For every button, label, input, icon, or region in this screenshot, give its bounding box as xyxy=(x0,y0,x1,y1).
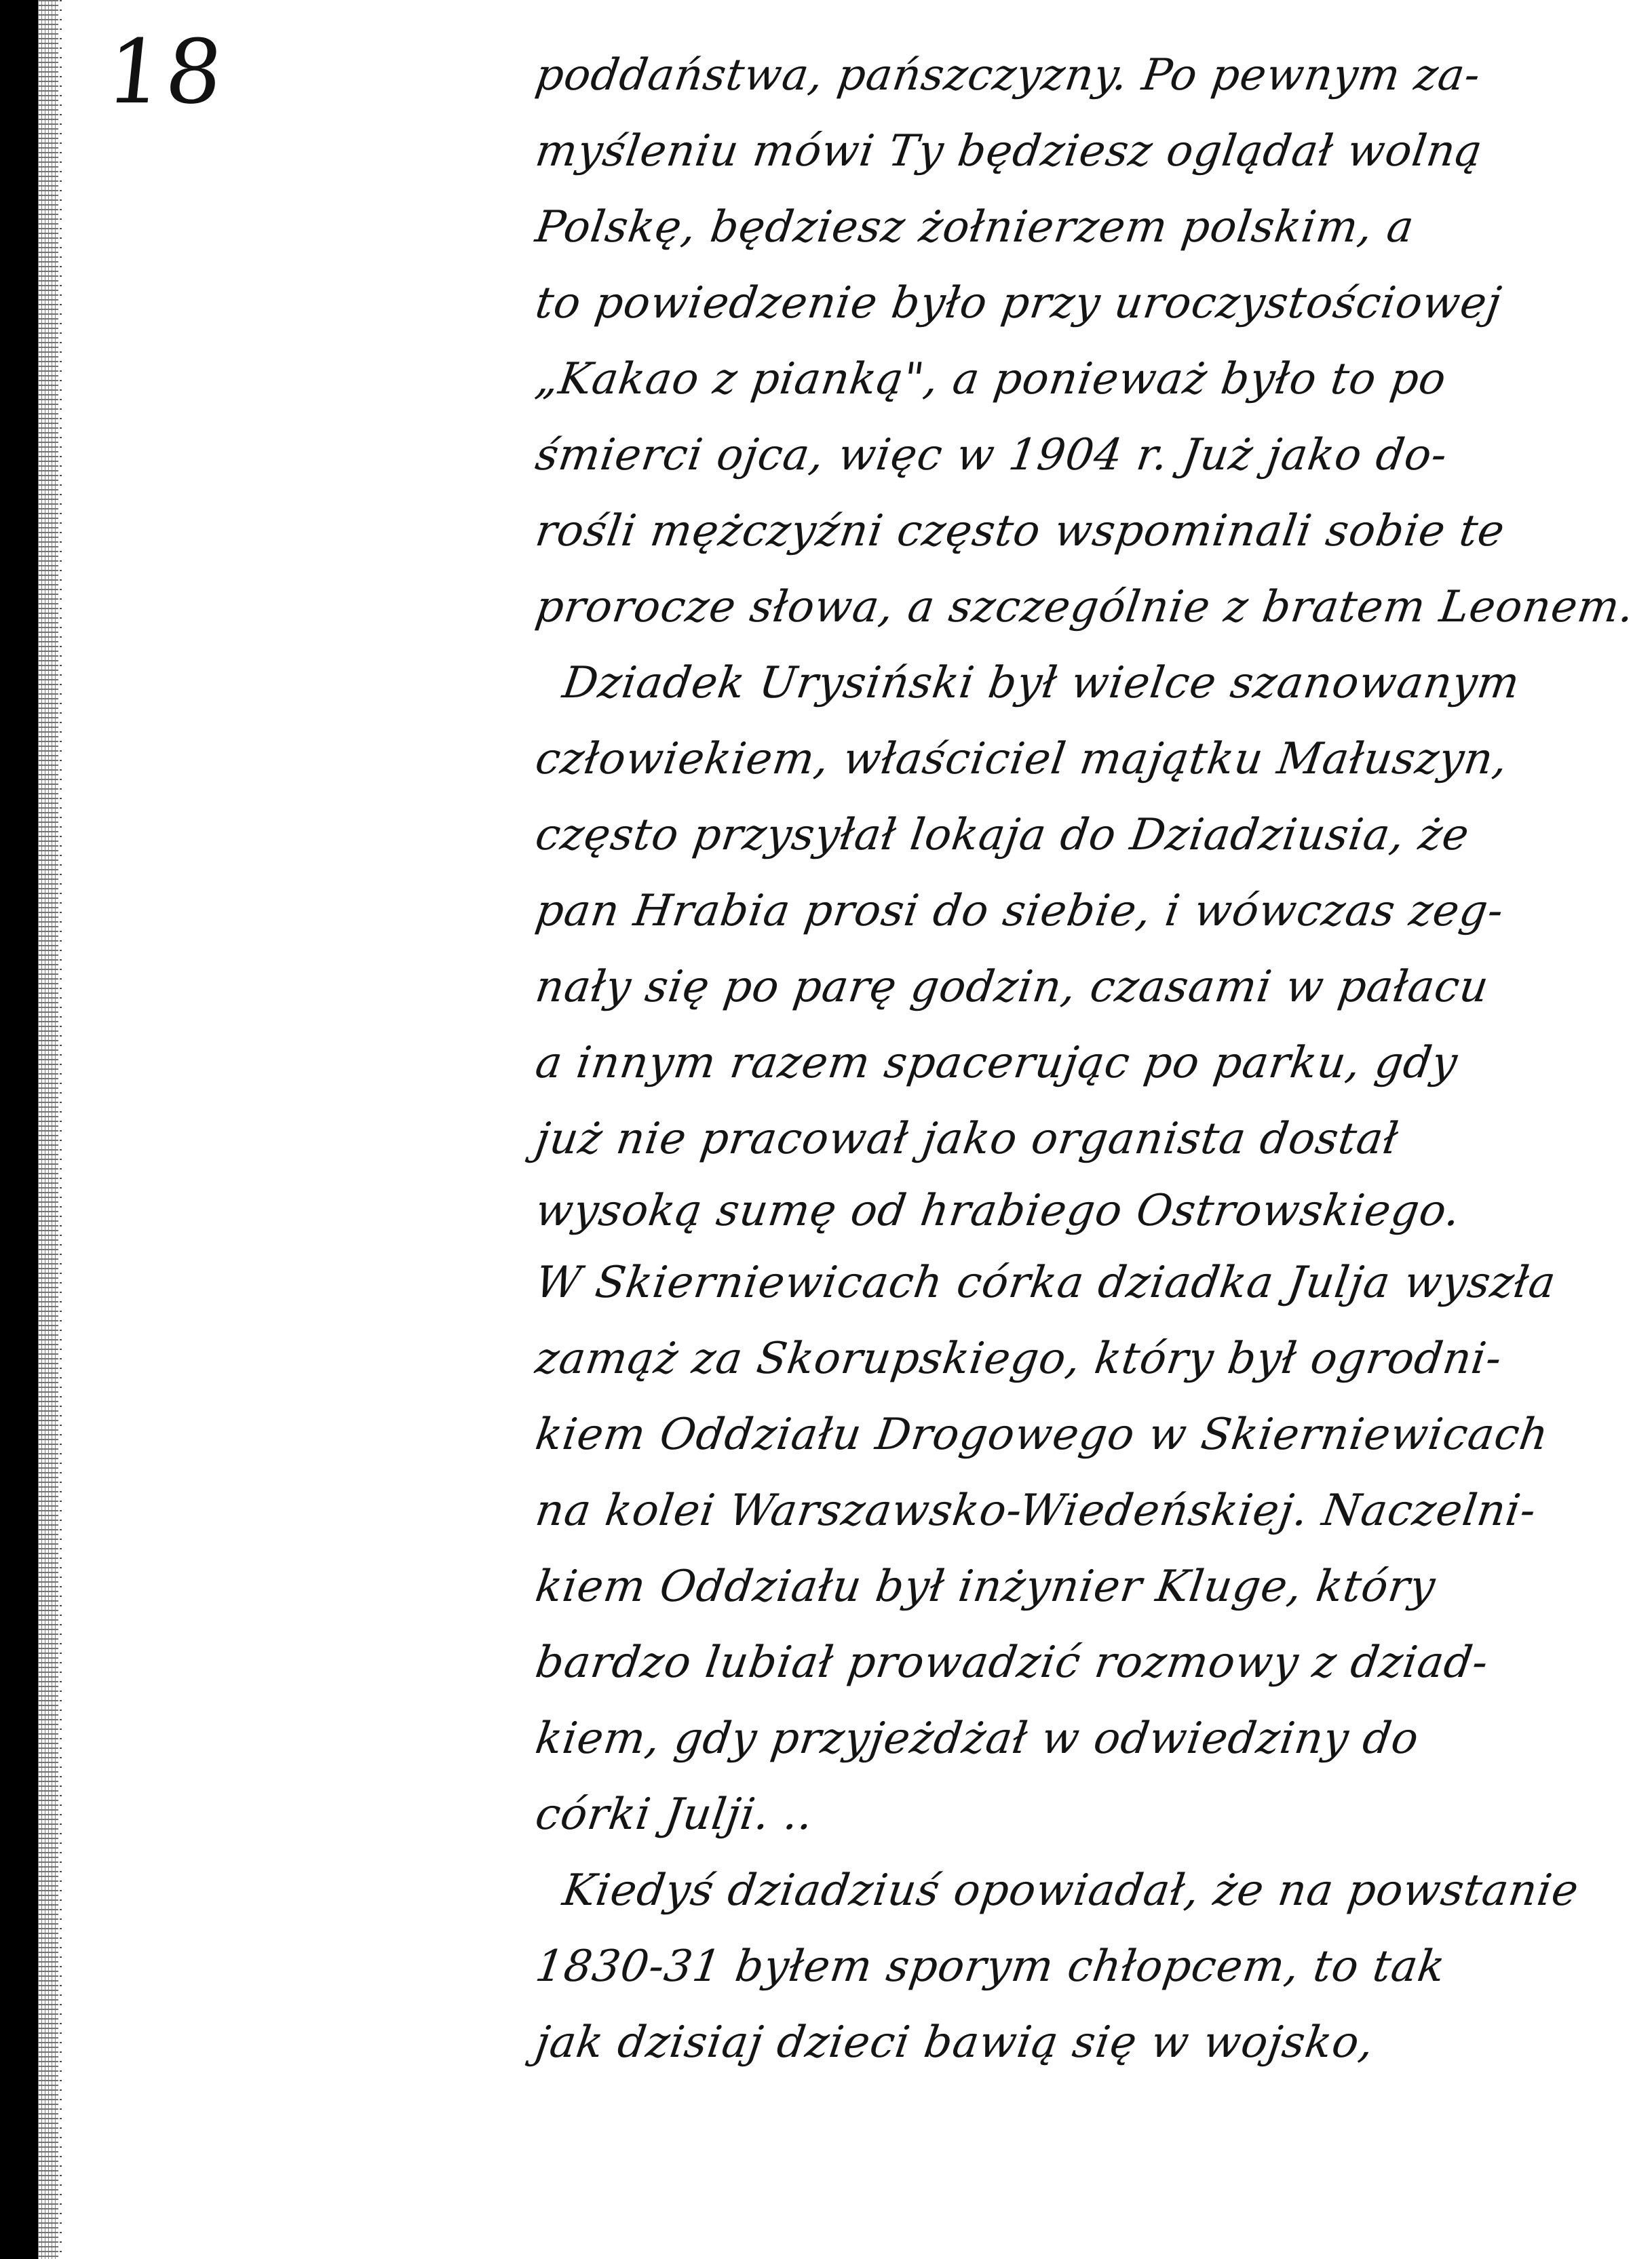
manuscript-line: pan Hrabia prosi do siebie, i wówczas ze… xyxy=(531,873,1640,949)
manuscript-line: myśleniu mówi Ty będziesz oglądał wolną xyxy=(531,113,1640,189)
manuscript-line: córki Julji. .. xyxy=(531,1777,1640,1853)
manuscript-body: poddaństwa, pańszczyzny. Po pewnym za- m… xyxy=(536,37,1635,2081)
manuscript-line: nały się po parę godzin, czasami w pałac… xyxy=(531,949,1640,1025)
manuscript-line: prorocze słowa, a szczególnie z bratem L… xyxy=(531,569,1640,645)
manuscript-line: już nie pracował jako organista dostał xyxy=(531,1101,1640,1177)
manuscript-line: kiem Oddziału był inżynier Kluge, który xyxy=(531,1549,1640,1625)
manuscript-line: „Kakao z pianką", a ponieważ było to po xyxy=(531,341,1640,417)
manuscript-line: człowiekiem, właściciel majątku Małuszyn… xyxy=(531,721,1640,797)
manuscript-line: Polskę, będziesz żołnierzem polskim, a xyxy=(531,189,1640,265)
manuscript-line: zamąż za Skorupskiego, który był ogrodni… xyxy=(531,1321,1640,1397)
manuscript-line: często przysyłał lokaja do Dziadziusia, … xyxy=(531,797,1640,873)
scan-binding-noise xyxy=(38,0,58,2259)
manuscript-line: Kiedyś dziadziuś opowiadał, że na powsta… xyxy=(531,1853,1640,1929)
scan-binding-edge xyxy=(0,0,38,2259)
manuscript-line: wysoką sumę od hrabiego Ostrowskiego. xyxy=(531,1177,1640,1245)
manuscript-line: jak dzisiaj dzieci bawią się w wojsko, xyxy=(531,2005,1640,2081)
manuscript-line: to powiedzenie było przy uroczystościowe… xyxy=(531,265,1640,341)
manuscript-line: kiem Oddziału Drogowego w Skierniewicach xyxy=(531,1397,1640,1473)
manuscript-line: rośli mężczyźni często wspominali sobie … xyxy=(531,493,1640,569)
manuscript-line: Dziadek Urysiński był wielce szanowanym xyxy=(531,645,1640,721)
manuscript-line: na kolei Warszawsko-Wiedeńskiej. Naczeln… xyxy=(531,1473,1640,1549)
manuscript-line: poddaństwa, pańszczyzny. Po pewnym za- xyxy=(531,37,1640,113)
manuscript-line: W Skierniewicach córka dziadka Julja wys… xyxy=(531,1245,1640,1321)
manuscript-line: a innym razem spacerując po parku, gdy xyxy=(531,1025,1640,1101)
manuscript-line: śmierci ojca, więc w 1904 r. Już jako do… xyxy=(531,417,1640,493)
manuscript-line: bardzo lubiał prowadzić rozmowy z dziad- xyxy=(531,1625,1640,1701)
page-number: 18 xyxy=(102,20,230,123)
manuscript-line: kiem, gdy przyjeżdżał w odwiedziny do xyxy=(531,1701,1640,1777)
scan-margin-dots xyxy=(60,0,62,2259)
manuscript-line: 1830-31 byłem sporym chłopcem, to tak xyxy=(531,1929,1640,2005)
